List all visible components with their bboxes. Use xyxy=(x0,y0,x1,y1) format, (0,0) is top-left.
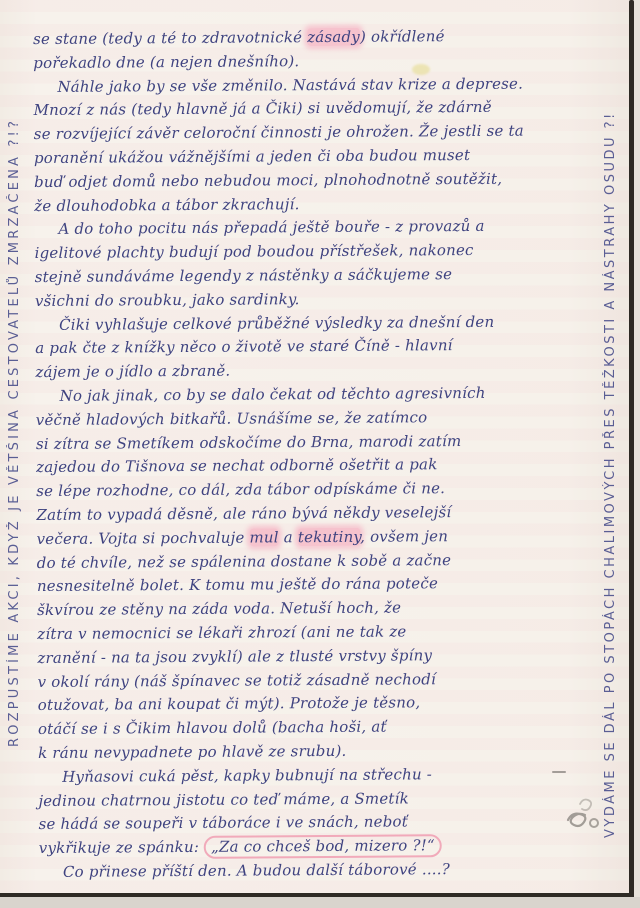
margin-note-left: ROZPUSTÍME AKCI, KDYŽ JE VĚTŠINA CESTOVA… xyxy=(7,97,22,747)
handwriting-text-block: se stane (tedy a té to zdravotnické zása… xyxy=(33,24,614,885)
text-segment: , ovšem jen xyxy=(360,527,448,546)
handwritten-line: Náhle jako by se vše změnilo. Nastává st… xyxy=(33,72,608,100)
pencil-squiggle-doodle-icon xyxy=(560,790,608,838)
text-segment: zítra v nemocnici se lékaři zhrozí (ani … xyxy=(37,622,406,643)
margin-note-right: VYDÁME SE DÁL PO STOPÁCH CHALIMOVÝCH PŘE… xyxy=(603,48,618,838)
text-segment: věčně hladových bitkařů. Usnášíme se, že… xyxy=(36,408,428,429)
highlighted-text: tekutiny xyxy=(298,527,360,545)
text-segment: večera. Vojta si pochvaluje xyxy=(37,528,250,547)
text-segment: a xyxy=(279,528,298,546)
highlighted-text: mul xyxy=(249,528,278,546)
text-segment: vykřikuje ze spánku: xyxy=(39,838,204,857)
text-segment: Mnozí z nás (tedy hlavně já a Čiki) si u… xyxy=(34,98,492,119)
text-segment: zranění - na ta jsou zvyklí) ale z tlust… xyxy=(37,646,432,667)
text-segment: všichni do sroubku, jako sardinky. xyxy=(35,290,300,310)
text-segment: No jak jinak, co by se dalo čekat od těc… xyxy=(60,384,486,405)
handwritten-line: Co přinese příští den. A budou další táb… xyxy=(39,857,614,885)
text-segment: poranění ukážou vážnějšími a jeden či ob… xyxy=(34,146,470,167)
text-segment: stejně sundáváme legendy z nástěnky a sá… xyxy=(35,265,453,286)
text-segment: ) okřídlené xyxy=(360,27,445,46)
text-segment: Zatím to vypadá děsně, ale ráno bývá něk… xyxy=(36,503,451,524)
text-segment: Hyňasovi cuká pěst, kapky bubnují na stř… xyxy=(62,765,432,786)
text-segment: si zítra se Smetíkem odskočíme do Brna, … xyxy=(36,432,462,453)
paper-stain xyxy=(412,64,430,75)
text-segment: jedinou chatrnou jistotu co teď máme, a … xyxy=(38,789,409,810)
pencil-dash-mark xyxy=(552,771,566,773)
text-segment: pořekadlo dne (a nejen dnešního). xyxy=(33,52,299,72)
text-segment: se stane (tedy a té to zdravotnické xyxy=(33,28,307,48)
text-segment: buď odjet domů nebo nebudou moci, plnoho… xyxy=(34,170,502,191)
text-segment: v okolí rány (náš špínavec se totiž zása… xyxy=(38,670,437,691)
text-segment: Čiki vyhlašuje celkové průběžné výsledky… xyxy=(59,312,494,333)
text-segment: zájem je o jídlo a zbraně. xyxy=(35,362,230,381)
text-segment: otáčí se i s Čikim hlavou dolů (bacha ho… xyxy=(38,718,387,738)
text-segment: se hádá se soupeři v táboráce i ve snách… xyxy=(39,813,409,834)
text-segment: igelitové plachty budují pod boudou přís… xyxy=(35,241,474,262)
text-segment: k ránu nevypadnete po hlavě ze srubu). xyxy=(38,742,347,762)
scanned-page: se stane (tedy a té to zdravotnické zása… xyxy=(0,0,631,895)
circled-text: „Za co chceš bod, mizero ?!“ xyxy=(204,834,442,859)
text-segment: se rozvíjející závěr celoroční činnosti … xyxy=(34,122,524,143)
scan-edge-right xyxy=(629,0,634,901)
highlighted-text: zásady xyxy=(307,28,360,46)
text-segment: a pak čte z knížky něco o životě ve star… xyxy=(35,336,453,357)
handwritten-line: se rozvíjející závěr celoroční činnosti … xyxy=(34,119,609,147)
text-segment: do té chvíle, než se spálenina dostane k… xyxy=(37,551,452,572)
text-segment: nesnesitelně bolet. K tomu mu ještě do r… xyxy=(37,575,438,596)
scan-background-strip xyxy=(0,897,640,908)
text-segment: Náhle jako by se vše změnilo. Nastává st… xyxy=(57,74,523,95)
text-segment: Co přinese příští den. A budou další táb… xyxy=(63,860,450,881)
text-segment: škvírou ze stěny na záda voda. Netuší ho… xyxy=(37,599,401,620)
text-segment: že dlouhodobka a tábor zkrachují. xyxy=(34,195,299,215)
text-segment: otužovat, ba ani koupat či mýt). Protože… xyxy=(38,694,421,715)
text-segment: se lépe rozhodne, co dál, zda tábor odpí… xyxy=(36,479,445,500)
text-segment: A do toho pocitu nás přepadá ještě bouře… xyxy=(58,217,484,238)
text-segment: zajedou do Tišnova se nechat odborně oše… xyxy=(36,456,438,477)
